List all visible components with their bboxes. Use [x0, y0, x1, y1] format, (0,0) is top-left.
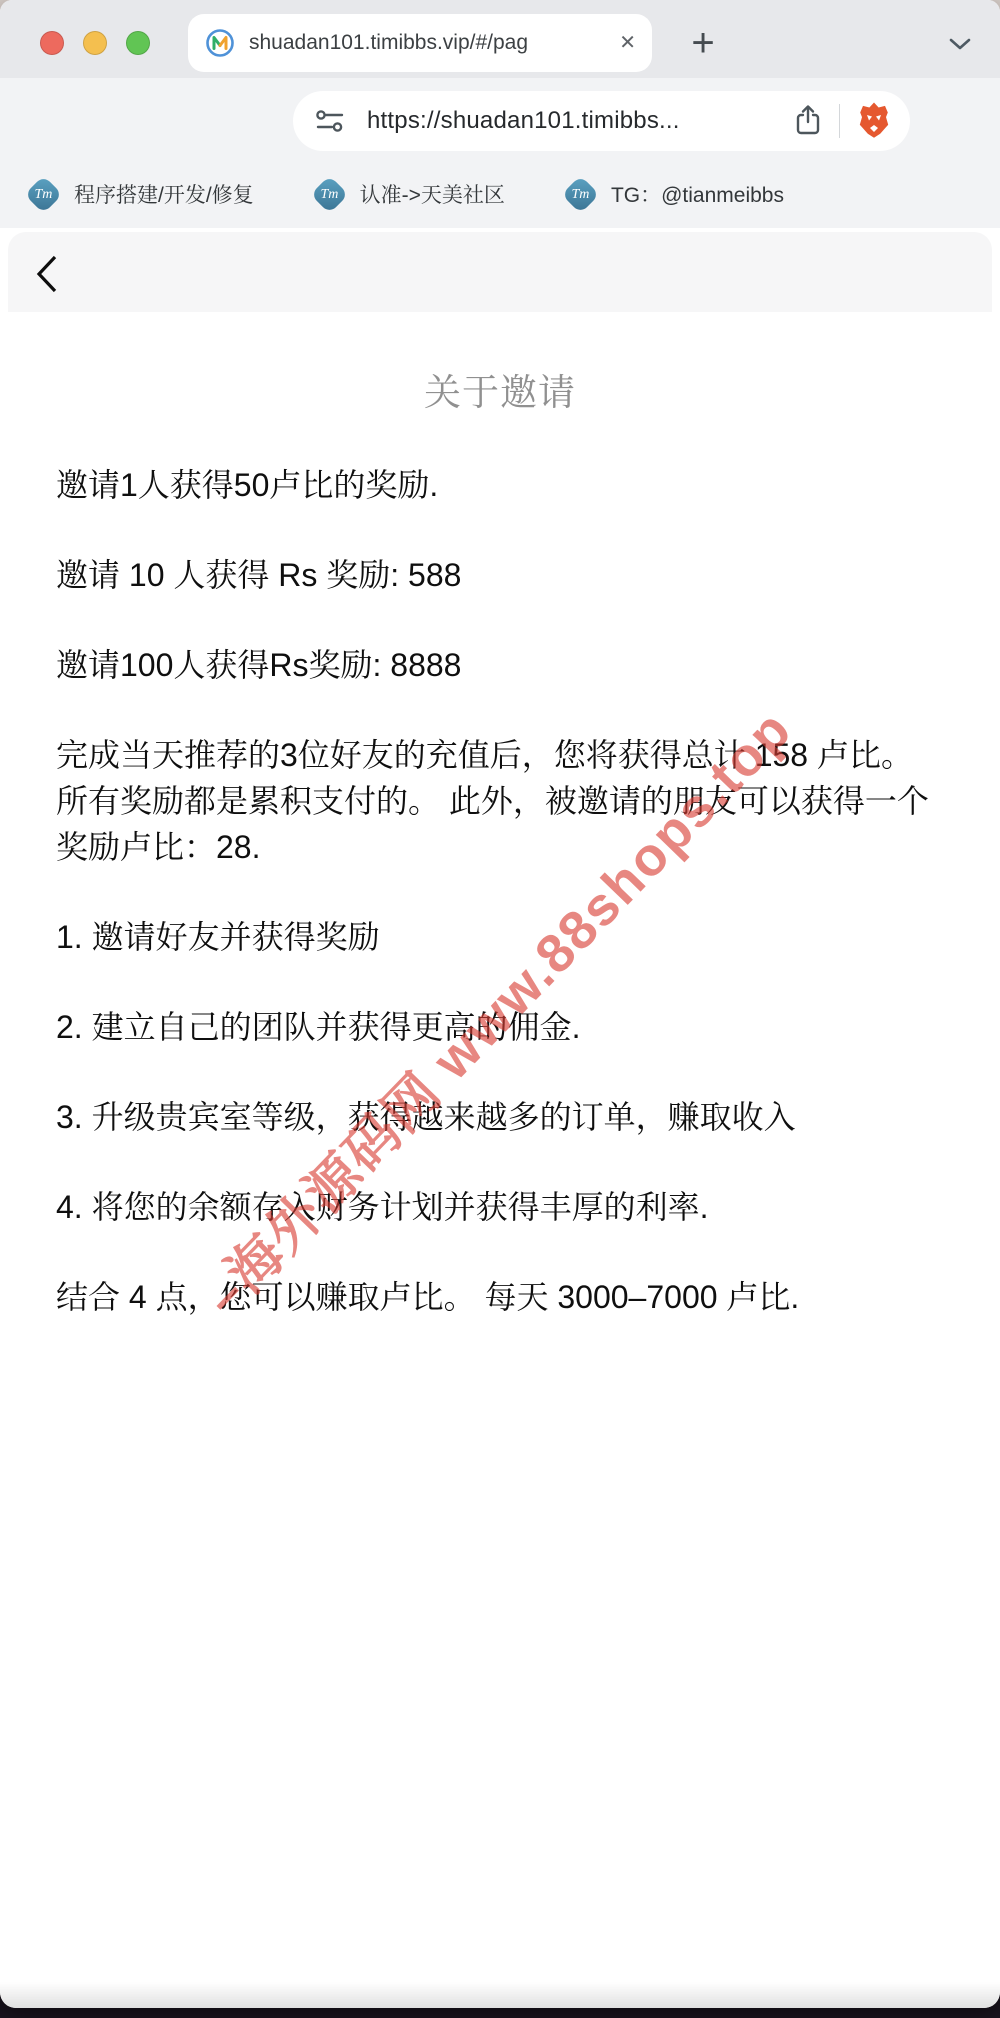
bookmark-item-telegram[interactable]: Tm TG：@tianmeibbs — [567, 179, 784, 209]
timi-m-logo-icon — [204, 27, 236, 59]
tab-title: shuadan101.timibbs.vip/#/pag — [249, 31, 609, 55]
bookmark-label: 程序搭建/开发/修复 — [74, 179, 254, 209]
navigation-bar: https://shuadan101.timibbs... — [0, 78, 1000, 160]
zoom-window-button[interactable] — [126, 31, 150, 55]
tm-badge-icon: Tm — [561, 175, 599, 213]
web-page: 关于邀请 邀请1人获得50卢比的奖励. 邀请 10 人获得 Rs 奖励: 588… — [0, 228, 1000, 2008]
tm-badge-icon: Tm — [24, 175, 62, 213]
page-title: 关于邀请 — [56, 368, 944, 418]
paragraph-point-4: 4. 将您的余额存入财务计划并获得丰厚的利率. — [56, 1184, 944, 1230]
paragraph-point-2: 2. 建立自己的团队并获得更高的佣金. — [56, 1004, 944, 1050]
tab-search-chevron-icon[interactable] — [942, 26, 978, 62]
bookmark-label: TG：@tianmeibbs — [611, 179, 784, 209]
bookmark-item-tianmei-community[interactable]: Tm 认准->天美社区 — [316, 179, 505, 209]
new-tab-button[interactable]: + — [678, 18, 728, 68]
url-text[interactable]: https://shuadan101.timibbs... — [367, 107, 785, 135]
paragraph-summary: 结合 4 点，您可以赚取卢比。 每天 3000–7000 卢比. — [56, 1274, 944, 1320]
window-controls — [40, 31, 150, 55]
divider — [839, 104, 840, 138]
paragraph-point-3: 3. 升级贵宾室等级，获得越来越多的订单，赚取收入 — [56, 1094, 944, 1140]
bookmark-label: 认准->天美社区 — [360, 179, 505, 209]
paragraph-point-1: 1. 邀请好友并获得奖励 — [56, 914, 944, 960]
bookmark-item-program-build[interactable]: Tm 程序搭建/开发/修复 — [30, 179, 254, 209]
tm-badge-icon: Tm — [310, 175, 348, 213]
share-icon[interactable] — [793, 104, 823, 138]
tune-icon[interactable] — [315, 107, 345, 135]
minimize-window-button[interactable] — [83, 31, 107, 55]
close-window-button[interactable] — [40, 31, 64, 55]
bookmarks-bar: Tm 程序搭建/开发/修复 Tm 认准->天美社区 Tm TG：@tianmei… — [0, 160, 1000, 228]
address-bar[interactable]: https://shuadan101.timibbs... — [293, 91, 910, 151]
page-back-chevron-icon[interactable] — [34, 252, 64, 296]
tab-strip: shuadan101.timibbs.vip/#/pag ✕ + — [0, 0, 1000, 78]
browser-window: shuadan101.timibbs.vip/#/pag ✕ + — [0, 0, 1000, 2008]
close-tab-icon[interactable]: ✕ — [619, 33, 636, 53]
paragraph-recharge-bonus: 完成当天推荐的3位好友的充值后，您将获得总计 158 卢比。所有奖励都是累积支付… — [56, 732, 944, 870]
paragraph-invite-100: 邀请100人获得Rs奖励: 8888 — [56, 642, 944, 688]
page-header — [8, 232, 992, 312]
brave-lion-icon[interactable] — [856, 101, 892, 141]
paragraph-invite-1: 邀请1人获得50卢比的奖励. — [56, 462, 944, 508]
paragraph-invite-10: 邀请 10 人获得 Rs 奖励: 588 — [56, 552, 944, 598]
active-tab[interactable]: shuadan101.timibbs.vip/#/pag ✕ — [188, 14, 652, 72]
page-content: 关于邀请 邀请1人获得50卢比的奖励. 邀请 10 人获得 Rs 奖励: 588… — [0, 312, 1000, 1320]
